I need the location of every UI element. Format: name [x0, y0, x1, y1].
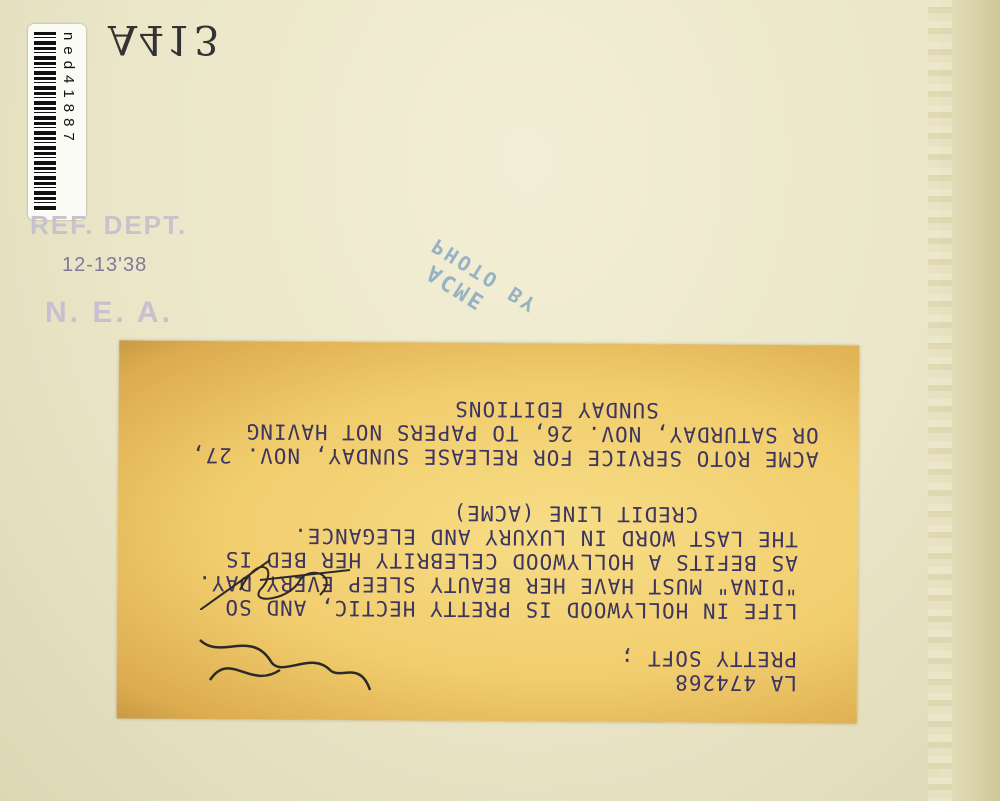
release-line: ACME ROTO SERVICE FOR RELEASE SUNDAY, NO… — [191, 443, 819, 471]
release-line: OR SATURDAY, NOV. 26, TO PAPERS NOT HAVI… — [246, 419, 819, 447]
dina-handwriting — [190, 620, 380, 700]
date-stamp: 12-13'38 — [62, 254, 147, 277]
initials-signature — [200, 550, 360, 610]
department-stamp: REF. DEPT. — [30, 210, 187, 241]
caption-headline: PRETTY SOFT ; — [620, 646, 798, 671]
release-line: SUNDAY EDITIONS — [454, 397, 659, 422]
caption-line: THE LAST WORD IN LUXURY AND ELEGANCE. — [293, 524, 798, 552]
barcode-char: e — [61, 46, 78, 54]
barcode-char: 7 — [61, 132, 78, 140]
barcode-char: 8 — [61, 104, 78, 112]
barcode-char: 4 — [61, 75, 78, 83]
credit-line: CREDIT LINE (ACME) — [452, 501, 698, 527]
barcode-char: d — [61, 61, 78, 69]
inventory-mark: A413 — [108, 16, 221, 62]
caption-id: LA 474268 — [674, 670, 797, 695]
barcode-bars — [34, 32, 56, 212]
agency-stamp: N. E. A. — [45, 296, 173, 330]
barcode-number: n e d 4 1 8 8 7 — [56, 32, 82, 212]
barcode-char: 1 — [61, 89, 78, 97]
barcode-char: 8 — [61, 118, 78, 126]
barcode-label: n e d 4 1 8 8 7 — [28, 24, 86, 220]
torn-paper-edge — [940, 0, 1000, 801]
barcode-char: n — [61, 32, 78, 40]
